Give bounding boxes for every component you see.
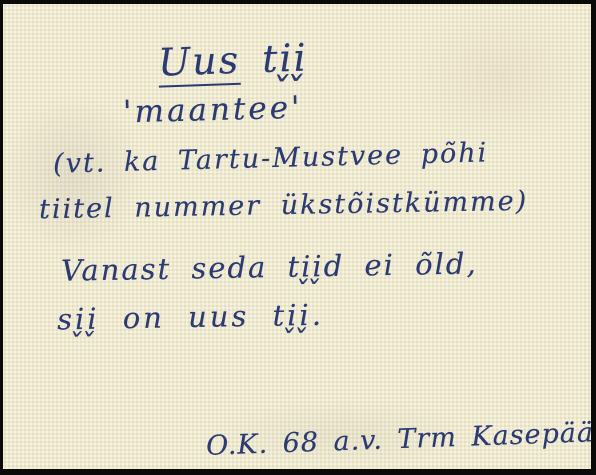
example-sentence-line-1: Vanast seda ti̬i̬d ei õld, (61, 246, 478, 287)
index-card-paper: Uus ti̬i̬ 'maantee' (vt. ka Tartu-Mustve… (3, 4, 591, 469)
gloss-line: 'maantee' (123, 90, 303, 131)
card-title: Uus ti̬i̬ (157, 35, 308, 84)
example-sentence-line-2: si̬i̬ on uus ti̬i̬. (57, 298, 324, 337)
paper-stain (411, 4, 591, 144)
card-title-word: Uus (157, 38, 241, 88)
scanned-card: Uus ti̬i̬ 'maantee' (vt. ka Tartu-Mustve… (0, 0, 596, 475)
card-title-word: ti̬i̬ (261, 35, 308, 81)
